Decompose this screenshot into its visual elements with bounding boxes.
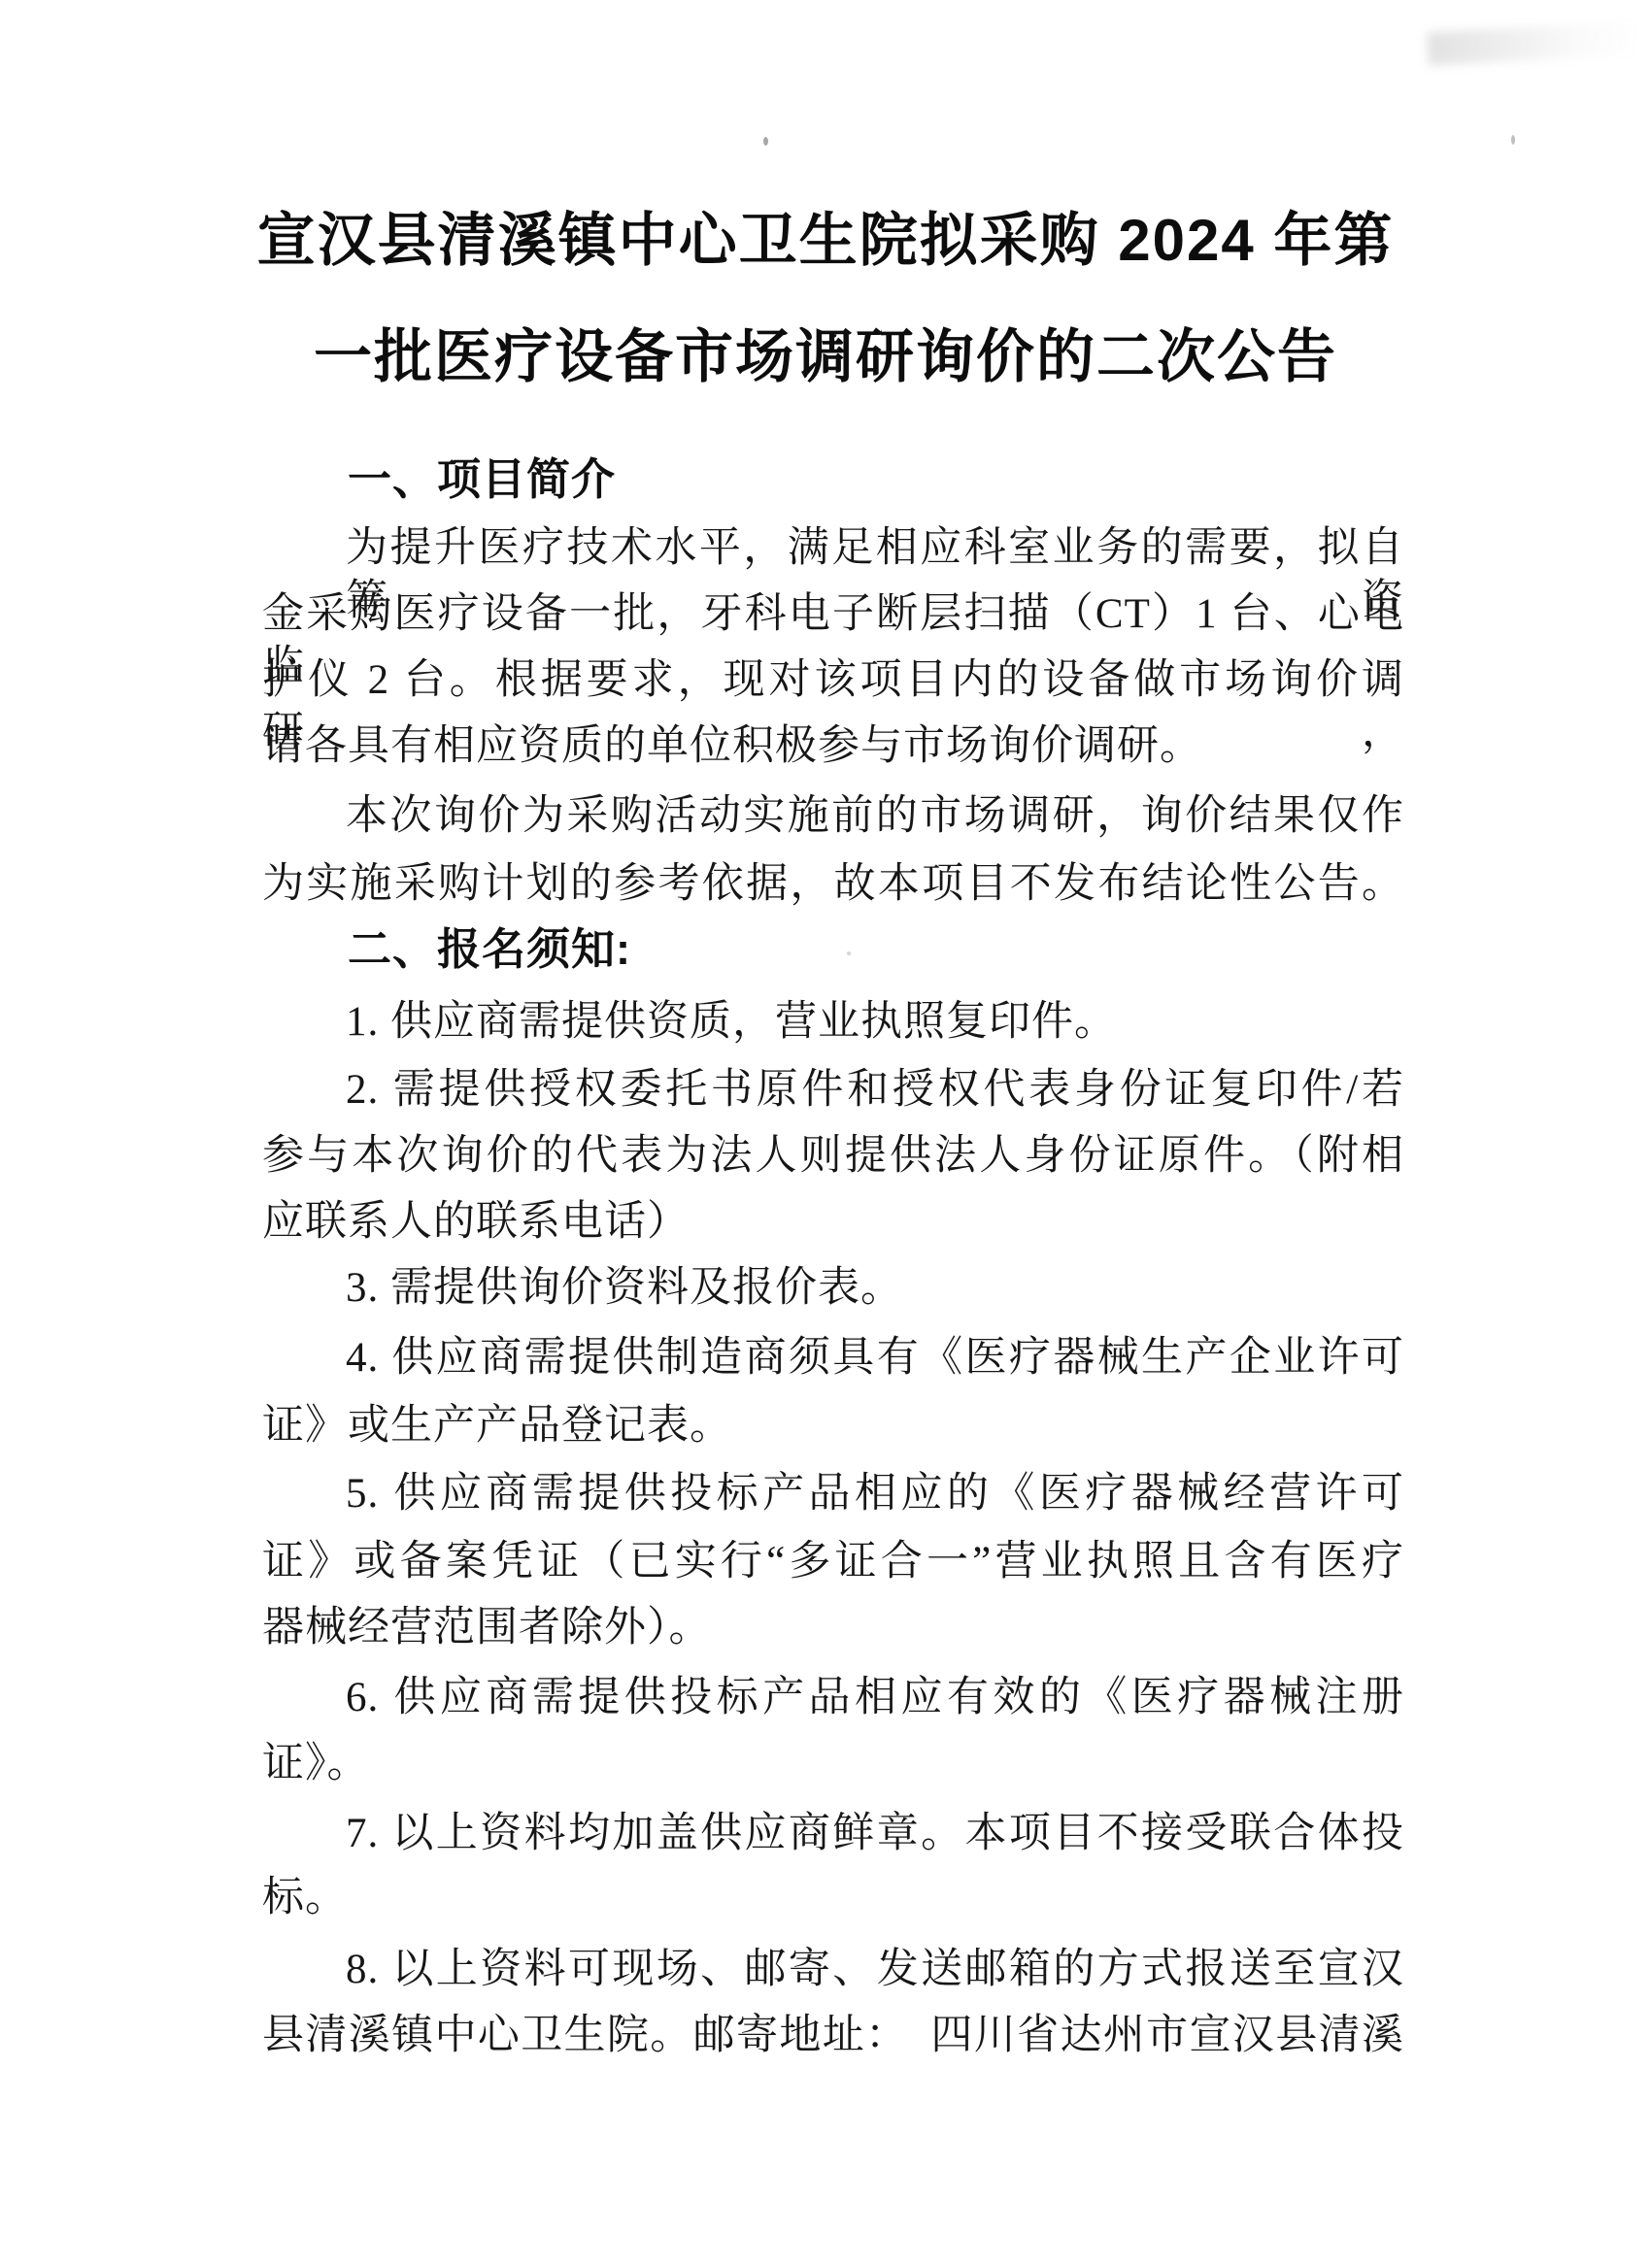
scan-speck (1511, 135, 1515, 145)
text-line: 证》或生产产品登记表。 (262, 1400, 1404, 1452)
scan-speck (763, 137, 768, 146)
scan-smudge-artifact (1427, 21, 1636, 65)
text-line: 参与本次询价的代表为法人则提供法人身份证原件。（附相 (262, 1130, 1404, 1183)
section-heading-intro: 一、项目简介 (348, 454, 616, 505)
document-title-line-1: 宣汉县清溪镇中心卫生院拟采购 2024 年第 (126, 204, 1525, 278)
text-line: 证》或备案凭证（已实行“多证合一”营业执照且含有医疗 (262, 1536, 1404, 1588)
scan-speck (847, 951, 851, 955)
document-title-line-2: 一批医疗设备市场调研询价的二次公告 (126, 320, 1525, 394)
text-line: 请各具有相应资质的单位积极参与市场询价调研。 (262, 720, 1404, 773)
text-line: 8. 以上资料可现场、邮寄、发送邮箱的方式报送至宣汉 (346, 1944, 1404, 1996)
text-line: 2. 需提供授权委托书原件和授权代表身份证复印件/若 (346, 1064, 1404, 1117)
text-line: 应联系人的联系电话） (262, 1196, 1404, 1249)
scanned-document-page: 宣汉县清溪镇中心卫生院拟采购 2024 年第 一批医疗设备市场调研询价的二次公告… (0, 0, 1651, 2268)
text-line: 标。 (262, 1872, 1404, 1924)
text-line: 7. 以上资料均加盖供应商鲜章。本项目不接受联合体投 (346, 1808, 1404, 1860)
text-line: 5. 供应商需提供投标产品相应的《医疗器械经营许可 (346, 1468, 1404, 1520)
text-line: 4. 供应商需提供制造商须具有《医疗器械生产企业许可 (346, 1332, 1404, 1384)
text-line: 为实施采购计划的参考依据，故本项目不发布结论性公告。 (262, 858, 1404, 911)
text-line: 6. 供应商需提供投标产品相应有效的《医疗器械注册 (346, 1672, 1404, 1724)
text-line: 器械经营范围者除外）。 (262, 1602, 1404, 1654)
text-line: 证》。 (262, 1738, 1404, 1790)
section-heading-signup: 二、报名须知: (348, 924, 631, 975)
text-line: 县清溪镇中心卫生院。邮寄地址： 四川省达州市宣汉县清溪 (262, 2010, 1404, 2062)
text-line: 1. 供应商需提供资质，营业执照复印件。 (346, 996, 1404, 1049)
text-line: 3. 需提供询价资料及报价表。 (346, 1262, 1404, 1315)
text-line: 本次询价为采购活动实施前的市场调研，询价结果仅作 (346, 790, 1404, 843)
